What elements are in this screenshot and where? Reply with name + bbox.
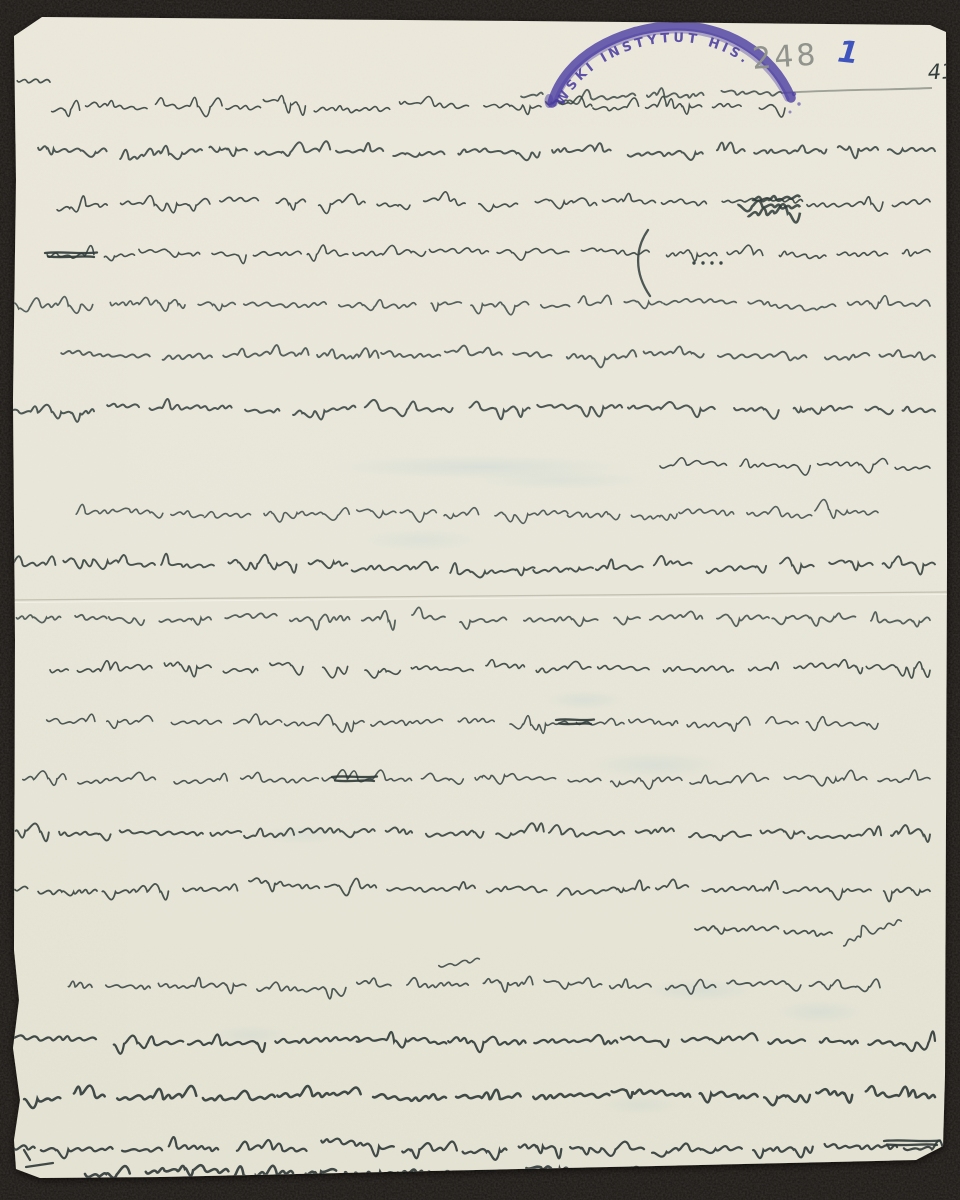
ink-showthrough-blotch bbox=[585, 751, 725, 779]
ink-showthrough-blotch bbox=[470, 470, 650, 490]
ellipsis-dot bbox=[710, 261, 713, 264]
ink-showthrough-blotch bbox=[775, 1000, 865, 1024]
scanned-letter-page: WSKI INSTYTUT HIS. 248 1 ‫14 מאי 41‬ bbox=[0, 0, 960, 1200]
page-number-ink: 1 bbox=[836, 34, 860, 71]
ellipsis-dot bbox=[701, 261, 704, 264]
ink-showthrough-blotch bbox=[645, 978, 755, 1002]
scan-image: WSKI INSTYTUT HIS. 248 1 ‫14 מאי 41‬ bbox=[0, 0, 960, 1200]
ink-showthrough-blotch bbox=[545, 690, 625, 710]
stamp-dot bbox=[797, 102, 800, 105]
ellipsis-dot bbox=[719, 261, 722, 264]
ink-showthrough-blotch bbox=[360, 528, 480, 552]
page-number-pencil: 248 bbox=[751, 37, 820, 77]
ellipsis-dot bbox=[692, 261, 695, 264]
stamp-smudge bbox=[545, 94, 554, 108]
stamp-dot bbox=[792, 92, 796, 96]
paper-contents: WSKI INSTYTUT HIS. 248 1 ‫14 מאי 41‬ bbox=[0, 0, 960, 1200]
ink-showthrough-blotch bbox=[600, 1095, 680, 1115]
stamp-dot bbox=[789, 111, 792, 114]
